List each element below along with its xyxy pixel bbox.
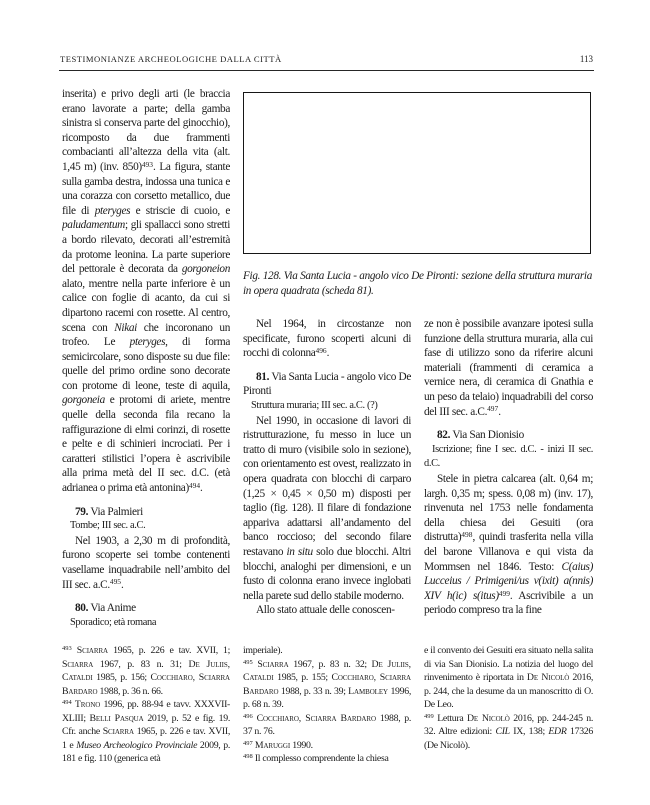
text-column-middle: Nel 1964, in circostanze non specificate… xyxy=(243,317,411,644)
footnote-496: 496 Cocchiaro, Sciarra Bardaro 1988, p. … xyxy=(243,712,411,739)
continuation-paragraph: inserita) e privo degli arti (le braccia… xyxy=(62,87,230,496)
footnote-498-continuation: e il convento dei Gesuiti era situato ne… xyxy=(424,644,593,712)
text-run: Sciarra xyxy=(62,659,93,670)
footnote-499: 499 Lettura De Nicolò 2016, pp. 244-245 … xyxy=(424,712,593,753)
footnote-marker: 494 xyxy=(62,699,72,706)
entry-79-heading: 79. Via Palmieri xyxy=(62,505,230,520)
footnote-marker: 493 xyxy=(62,645,72,652)
text-run: Nikai xyxy=(114,322,137,334)
entry-79-type: Tombe; III sec. a.C. xyxy=(62,519,230,534)
text-run: 1965, p. 226 e tav. XVII, 1; xyxy=(108,645,230,656)
footnote-marker: 497 xyxy=(487,404,498,413)
text-run: EDR xyxy=(548,726,566,737)
text-run: 1990. xyxy=(290,740,313,751)
text-run: Via Anime xyxy=(88,602,136,614)
footnote-494-continuation: imperiale). xyxy=(243,644,411,658)
text-run: Lamboley xyxy=(348,686,388,697)
entry-81-heading: 81. Via Santa Lucia - angolo vico De Pir… xyxy=(243,370,411,399)
text-run: Cocchiaro, Sciarra Bardaro xyxy=(257,713,376,724)
footnotes-column-middle: imperiale).495 Sciarra 1967, p. 83 n. 32… xyxy=(243,644,411,802)
text-column-right: ze non è possibile avanzare ipotesi sull… xyxy=(424,317,593,644)
text-run: 79. xyxy=(75,506,88,518)
footnote-495: 495 Sciarra 1967, p. 83 n. 32; De Juliis… xyxy=(243,658,411,712)
footnote-marker: 493 xyxy=(142,160,153,169)
text-run: Via Palmieri xyxy=(88,506,143,518)
entry-82-heading: 82. Via San Dionisio xyxy=(424,428,593,443)
text-run: Nel 1990, in occasione di lavori di rist… xyxy=(243,415,411,558)
text-run: . xyxy=(327,347,329,359)
text-run: ze non è possibile avanzare ipotesi sull… xyxy=(424,318,593,418)
text-run: IX, 138; xyxy=(510,726,549,737)
footnotes-column-right: e il convento dei Gesuiti era situato ne… xyxy=(424,644,593,802)
text-run: Allo stato attuale delle conoscen- xyxy=(256,604,395,616)
text-run: . xyxy=(498,406,500,418)
text-run: Struttura muraria; III sec. a.C. (?) xyxy=(251,400,377,411)
text-run: 81. xyxy=(256,371,269,383)
text-run: Iscrizione; fine I sec. d.C. - inizi II … xyxy=(424,444,593,470)
text-run: Lettura xyxy=(434,713,467,724)
figure-caption: Fig. 128. Via Santa Lucia - angolo vico … xyxy=(243,269,592,298)
text-run: 1985, p. 156; xyxy=(93,672,151,683)
text-run: Sciarra xyxy=(77,645,108,656)
text-run: gorgoneia xyxy=(62,394,105,406)
text-run: 1967, p. 83 n. 31; xyxy=(93,659,188,670)
footnote-marker: 496 xyxy=(243,713,253,720)
text-run: . xyxy=(121,579,123,591)
figure-image xyxy=(243,92,591,254)
text-run: Sporadico; età romana xyxy=(70,617,156,628)
text-run: e protomi di ariete, mentre quelle della… xyxy=(62,394,230,494)
footnote-marker: 499 xyxy=(424,713,434,720)
entry-80-type: Sporadico; età romana xyxy=(62,616,230,631)
text-run: Museo Archeologico Provinciale xyxy=(76,740,197,751)
text-run: Sciarra xyxy=(103,726,134,737)
text-column-left: inserita) e privo degli arti (le braccia… xyxy=(62,87,230,643)
entry-80-heading: 80. Via Anime xyxy=(62,601,230,616)
text-run: paludamentum xyxy=(62,219,125,231)
text-run: in situ xyxy=(286,546,312,558)
entry-82-text: Stele in pietra calcarea (alt. 0,64 m; l… xyxy=(424,472,593,618)
text-run: gorgoneion xyxy=(182,263,230,275)
text-run: Il complesso comprendente la chiesa xyxy=(253,753,389,764)
text-run: Sciarra xyxy=(257,659,288,670)
text-run: De Nicolò xyxy=(467,713,510,724)
text-run: Trono xyxy=(75,699,100,710)
header-rule xyxy=(59,70,594,71)
text-run: Fig. 128. Via Santa Lucia - angolo vico … xyxy=(243,270,592,297)
text-run: pteryges xyxy=(95,205,130,217)
footnote-494: 494 Trono 1996, pp. 88-94 e tavv. XXXVII… xyxy=(62,698,230,766)
footnote-marker: 498 xyxy=(243,753,253,760)
entry-80-text: Nel 1964, in circostanze non specificate… xyxy=(243,317,411,361)
text-run: 80. xyxy=(75,602,88,614)
page-number: 113 xyxy=(580,54,593,64)
footnote-498: 498 Il complesso comprendente la chiesa xyxy=(243,752,411,766)
text-run: 1988, p. 33 n. 39; xyxy=(278,686,348,697)
text-run: e striscie di cuoio, e xyxy=(130,205,230,217)
entry-81-text-continuation: ze non è possibile avanzare ipotesi sull… xyxy=(424,317,593,419)
text-run: 1967, p. 83 n. 32; xyxy=(289,659,372,670)
text-run: 1985, p. 155; xyxy=(274,672,332,683)
text-run: Tombe; III sec. a.C. xyxy=(70,520,145,531)
text-run: imperiale). xyxy=(243,645,282,656)
running-header-title: TESTIMONIANZE ARCHEOLOGICHE DALLA CITTÀ xyxy=(60,54,282,64)
footnote-marker: 494 xyxy=(189,481,200,490)
text-run: Via Santa Lucia - angolo vico De Pironti xyxy=(243,371,411,398)
footnotes-column-left: 493 Sciarra 1965, p. 226 e tav. XVII, 1;… xyxy=(62,644,230,802)
footnote-marker: 496 xyxy=(315,346,326,355)
footnote-marker: 497 xyxy=(243,740,253,747)
entry-81-text-2: Allo stato attuale delle conoscen- xyxy=(243,603,411,618)
entry-81-type: Struttura muraria; III sec. a.C. (?) xyxy=(243,399,411,414)
text-run: . xyxy=(200,482,202,494)
text-run: Nel 1903, a 2,30 m di profondità, furono… xyxy=(62,535,230,591)
footnote-497: 497 Maruggi 1990. xyxy=(243,739,411,753)
footnote-marker: 495 xyxy=(243,659,253,666)
text-run: De Nicolò xyxy=(527,672,569,683)
text-run: Via San Dionisio xyxy=(450,429,524,441)
text-run: CIL xyxy=(495,726,509,737)
footnote-marker: 499 xyxy=(499,589,510,598)
entry-81-text: Nel 1990, in occasione di lavori di rist… xyxy=(243,414,411,604)
entry-82-type: Iscrizione; fine I sec. d.C. - inizi II … xyxy=(424,443,593,472)
footnote-493: 493 Sciarra 1965, p. 226 e tav. XVII, 1;… xyxy=(62,644,230,698)
entry-79-text: Nel 1903, a 2,30 m di profondità, furono… xyxy=(62,534,230,592)
footnote-marker: 498 xyxy=(461,530,472,539)
page-container: TESTIMONIANZE ARCHEOLOGICHE DALLA CITTÀ … xyxy=(0,0,650,805)
footnote-marker: 495 xyxy=(110,577,121,586)
text-run: Maruggi xyxy=(255,740,290,751)
text-run: 1988, p. 36 n. 66. xyxy=(97,686,162,697)
text-run: Belli Pasqua xyxy=(90,713,144,724)
text-run: 82. xyxy=(437,429,450,441)
text-run: pteryges xyxy=(130,336,165,348)
